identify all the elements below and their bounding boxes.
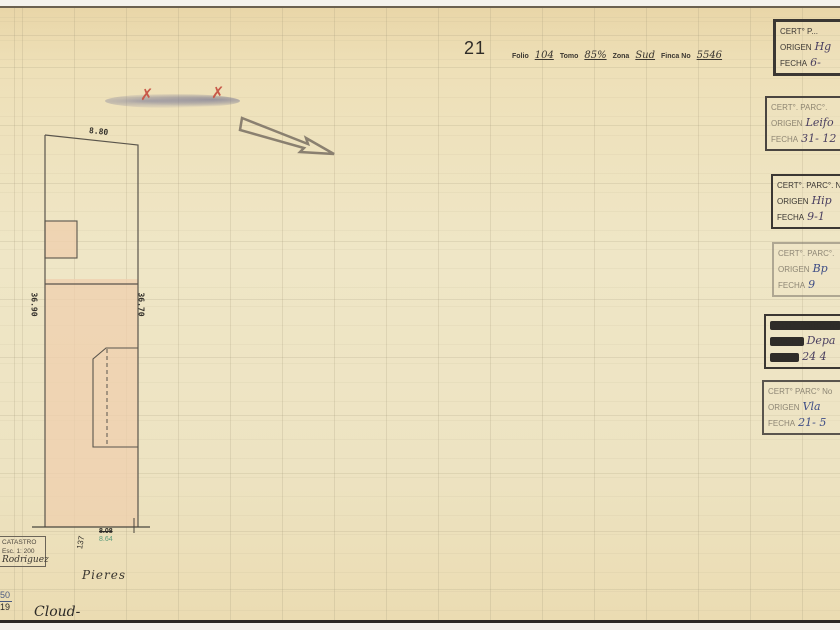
stamp-fecha-label: FECHA (777, 213, 804, 222)
dimension-left: 36.90 (30, 292, 39, 316)
certificate-stamp: CERT°. PARC°. ORIGENLeifo FECHA31- 12 (765, 96, 840, 151)
dimension-bottom-crossed: 8.08 (99, 528, 113, 536)
dimension-bottom-corrected: 8.64 (99, 536, 113, 544)
stamp-origen-label: ORIGEN (777, 197, 809, 206)
dimension-bottom: 8.08 8.64 (99, 528, 113, 544)
fraction-note: 50 19 (0, 590, 12, 613)
north-arrow-icon (238, 112, 338, 160)
tomo-value: 85% (582, 50, 608, 61)
stamp-origen-label: ORIGEN (770, 337, 804, 346)
sheet-number: 21 (464, 38, 486, 59)
stamp-fecha-label: FECHA (770, 353, 799, 362)
x-mark-icon: ✗ (140, 88, 153, 104)
stamp-fecha-value: 24 4 (802, 350, 827, 363)
stamp-fecha-value: 9-1 (807, 210, 825, 223)
certificate-stamp: CERT°. PARC°. ORIGENBp FECHA9 (772, 242, 840, 297)
fraction-top: 50 (0, 590, 12, 601)
catastro-signature: Rodriguez (2, 556, 42, 565)
plot-plan-drawing (30, 123, 160, 533)
zona-label: Zona (613, 53, 630, 60)
tomo-label: Tomo (560, 53, 579, 60)
dimension-right: 36.70 (137, 292, 146, 316)
finca-value: 5546 (695, 50, 724, 61)
stamp-fecha-label: FECHA (771, 135, 798, 144)
stamp-fecha-value: 31- 12 (801, 132, 836, 145)
certificate-stamp: CERT° PARC° No ORIGENVla FECHA21- 5 (762, 380, 840, 435)
stamp-fecha-value: 9 (808, 278, 815, 291)
zona-value: Sud (633, 50, 657, 61)
catastro-stamp: CATASTRO Esc. 1: 200 Rodriguez (0, 536, 46, 567)
dimension-top: 8.80 (89, 126, 109, 137)
stamp-cert-label: CERT° P... (780, 27, 818, 36)
stamp-cert-label: CERT°. PARC°. (771, 103, 827, 112)
stamp-cert-label: CERT°. PARC°. No (777, 181, 840, 190)
scanned-record-sheet: 21 Folio 104 Tomo 85% Zona Sud Finca No … (0, 6, 840, 623)
stamp-origen-label: ORIGEN (780, 43, 812, 52)
stamp-fecha-value: 6- (810, 56, 821, 69)
stamp-origen-value: Hip (812, 194, 832, 207)
street-name: Pieres (82, 568, 126, 582)
stamp-origen-label: ORIGEN (771, 119, 803, 128)
x-mark-icon: ✗ (211, 86, 224, 102)
stamp-cert-label: CERT°. PARC°. No (770, 321, 840, 330)
stamp-origen-value: Depa (807, 334, 836, 347)
certificate-stamp: CERT°. PARC°. No ORIGENHip FECHA9-1 (771, 174, 840, 229)
footer-signature: Cloud- (34, 604, 80, 620)
stamp-cert-label: CERT°. PARC°. (778, 249, 834, 258)
folio-value: 104 (533, 50, 556, 61)
stamp-origen-label: ORIGEN (768, 403, 800, 412)
stamp-cert-label: CERT° PARC° No (768, 387, 832, 396)
certificate-stamp: CERT° P... ORIGENHg FECHA6- (773, 19, 840, 76)
stamp-fecha-label: FECHA (778, 281, 805, 290)
stamp-origen-value: Hg (815, 40, 832, 53)
stamp-origen-value: Vla (803, 400, 821, 413)
finca-label: Finca No (661, 53, 691, 60)
certificate-stamp: CERT°. PARC°. No ORIGENDepa FECHA24 4 (764, 314, 840, 369)
catastro-title: CATASTRO (2, 538, 42, 547)
stamp-fecha-label: FECHA (780, 59, 807, 68)
stamp-origen-label: ORIGEN (778, 265, 810, 274)
fraction-bottom: 19 (0, 601, 12, 613)
stamp-fecha-value: 21- 5 (798, 416, 826, 429)
stamp-origen-value: Leifo (806, 116, 834, 129)
stamp-origen-value: Bp (813, 262, 828, 275)
stamp-fecha-label: FECHA (768, 419, 795, 428)
folio-label: Folio (512, 53, 529, 60)
reference-line: Folio 104 Tomo 85% Zona Sud Finca No 554… (512, 50, 724, 61)
